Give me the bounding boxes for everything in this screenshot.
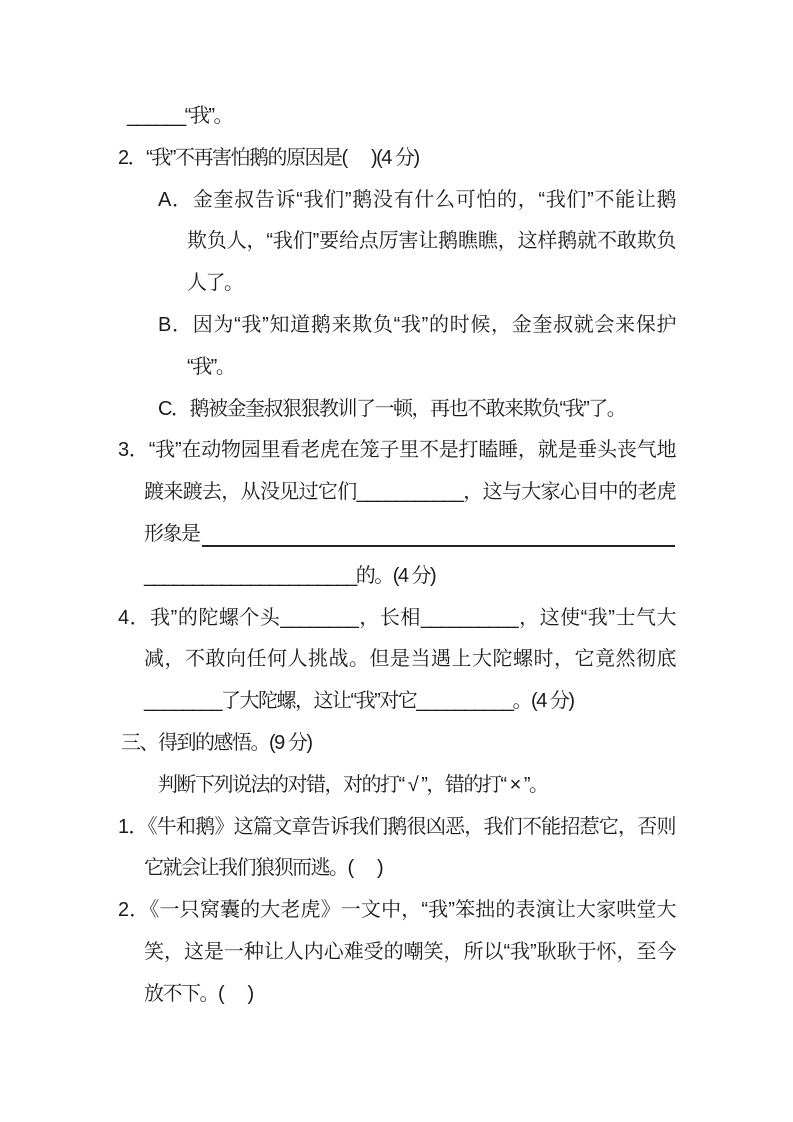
section-3-instruction: 判断下列说法的对错，对的打“ √ ”，错的打“ × ”。 xyxy=(158,765,675,807)
judge-2-line-1: 2．《一只窝囊的大老虎》一文中，“我”笨拙的表演让大家哄堂大 xyxy=(118,890,675,932)
question-3-line-2: 踱来踱去，从没见过它们___________，这与大家心目中的老虎 xyxy=(144,472,675,514)
question-4-line-3: ________了大陀螺，这让“我”对它__________。(4 分) xyxy=(144,681,675,723)
worksheet-page: ______“我”。2．“我”不再害怕鹅的原因是( )(4 分)A．金奎叔告诉“… xyxy=(0,0,793,1122)
line-text: 人了。 xyxy=(187,272,243,294)
line-text: ______________________的。(4 分) xyxy=(144,565,435,587)
line-text: 1．《牛和鹅》这篇文章告诉我们鹅很凶恶，我们不能招惹它，否则 xyxy=(118,816,675,838)
line-text: A．金奎叔告诉“我们”鹅没有什么可怕的，“我们”不能让鹅 xyxy=(158,189,675,211)
answer-blank-line xyxy=(202,545,676,547)
line-text: “我”。 xyxy=(187,356,234,378)
question-3-line-3: 形象是 xyxy=(144,514,675,556)
line-text: ______“我”。 xyxy=(127,105,232,127)
line-text: 三、得到的感悟。(9 分) xyxy=(121,732,312,754)
prev-answer-blank-line: ______“我”。 xyxy=(127,96,675,138)
line-text: 笑，这是一种让人内心难受的嘲笑，所以“我”耿耿于怀，至今 xyxy=(144,941,675,963)
option-b-line-1: B．因为“我”知道鹅来欺负“我”的时候，金奎叔就会来保护 xyxy=(158,305,675,347)
option-a-line-3: 人了。 xyxy=(187,263,675,305)
judge-2-line-2: 笑，这是一种让人内心难受的嘲笑，所以“我”耿耿于怀，至今 xyxy=(144,932,675,974)
option-a-line-1: A．金奎叔告诉“我们”鹅没有什么可怕的，“我们”不能让鹅 xyxy=(158,180,675,222)
line-text: 2．“我”不再害怕鹅的原因是( )(4 分) xyxy=(118,147,419,169)
line-text: 减，不敢向任何人挑战。但是当遇上大陀螺时，它竟然彻底 xyxy=(144,648,675,670)
line-text: 3．“我”在动物园里看老虎在笼子里不是打瞌睡，就是垂头丧气地 xyxy=(118,439,675,461)
line-text: C．鹅被金奎叔狠狠教训了一顿，再也不敢来欺负“我”了。 xyxy=(158,398,625,420)
line-text: 判断下列说法的对错，对的打“ √ ”，错的打“ × ”。 xyxy=(158,774,548,796)
question-4-line-1: 4．我”的陀螺个头________，长相__________，这使“我”士气大 xyxy=(118,598,675,640)
question-4-line-2: 减，不敢向任何人挑战。但是当遇上大陀螺时，它竟然彻底 xyxy=(144,639,675,681)
option-c: C．鹅被金奎叔狠狠教训了一顿，再也不敢来欺负“我”了。 xyxy=(158,389,675,431)
question-3-line-4: ______________________的。(4 分) xyxy=(144,556,675,598)
question-2: 2．“我”不再害怕鹅的原因是( )(4 分) xyxy=(118,138,675,180)
line-text: 它就会让我们狼狈而逃。( ) xyxy=(144,857,382,879)
line-text: 4．我”的陀螺个头________，长相__________，这使“我”士气大 xyxy=(118,607,675,629)
judge-1-line-1: 1．《牛和鹅》这篇文章告诉我们鹅很凶恶，我们不能招惹它，否则 xyxy=(118,807,675,849)
line-text: 欺负人，“我们”要给点厉害让鹅瞧瞧，这样鹅就不敢欺负 xyxy=(187,230,675,252)
question-3-line-1: 3．“我”在动物园里看老虎在笼子里不是打瞌睡，就是垂头丧气地 xyxy=(118,430,675,472)
judge-1-line-2: 它就会让我们狼狈而逃。( ) xyxy=(144,848,675,890)
line-text: 踱来踱去，从没见过它们___________，这与大家心目中的老虎 xyxy=(144,481,675,503)
option-b-line-2: “我”。 xyxy=(187,347,675,389)
option-a-line-2: 欺负人，“我们”要给点厉害让鹅瞧瞧，这样鹅就不敢欺负 xyxy=(187,221,675,263)
line-text: 放不下。( ) xyxy=(144,983,253,1005)
line-text: 形象是 xyxy=(144,514,200,556)
section-3-heading: 三、得到的感悟。(9 分) xyxy=(121,723,675,765)
line-text: ________了大陀螺，这让“我”对它__________。(4 分) xyxy=(144,690,574,712)
judge-2-line-3: 放不下。( ) xyxy=(144,974,675,1016)
line-text: 2．《一只窝囊的大老虎》一文中，“我”笨拙的表演让大家哄堂大 xyxy=(118,899,675,921)
worksheet-lines: ______“我”。2．“我”不再害怕鹅的原因是( )(4 分)A．金奎叔告诉“… xyxy=(0,96,793,1016)
line-text: B．因为“我”知道鹅来欺负“我”的时候，金奎叔就会来保护 xyxy=(158,314,675,336)
